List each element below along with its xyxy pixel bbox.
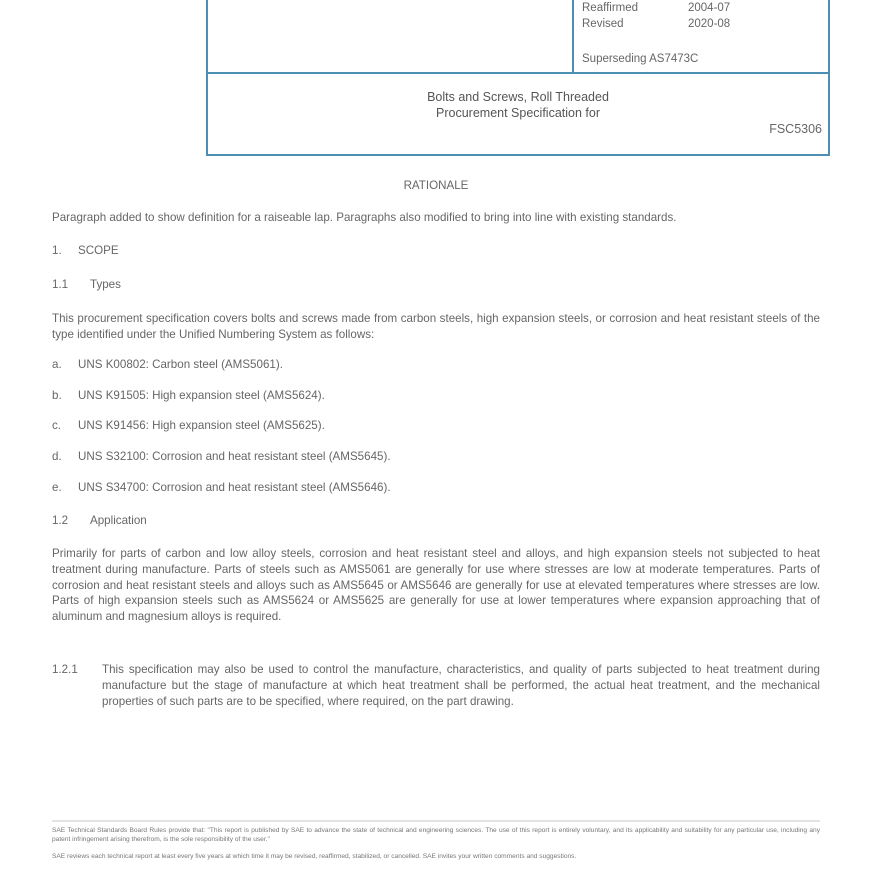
footer-note-1: SAE Technical Standards Board Rules prov… <box>52 827 820 844</box>
fsc-code: FSC5306 <box>769 122 822 136</box>
revision-info: Reaffirmed2004-07 Revised2020-08 Superse… <box>572 0 830 72</box>
rationale-heading: RATIONALE <box>52 178 820 194</box>
document-title: Bolts and Screws, Roll Threaded Procurem… <box>208 74 828 154</box>
section-1-2-heading: 1.2Application <box>52 513 820 529</box>
list-item: d.UNS S32100: Corrosion and heat resista… <box>52 449 820 465</box>
rationale-text: Paragraph added to show definition for a… <box>52 210 820 226</box>
list-item: e.UNS S34700: Corrosion and heat resista… <box>52 480 820 496</box>
superseding-note: Superseding AS7473C <box>582 53 698 65</box>
types-paragraph: This procurement specification covers bo… <box>52 311 820 343</box>
list-item: a.UNS K00802: Carbon steel (AMS5061). <box>52 357 820 373</box>
revised-row: Revised2020-08 <box>582 18 730 30</box>
footer-divider <box>52 820 820 822</box>
section-1-heading: 1.SCOPE <box>52 243 820 259</box>
document-header: Reaffirmed2004-07 Revised2020-08 Superse… <box>206 0 830 156</box>
title-line-2: Procurement Specification for <box>208 105 828 121</box>
title-line-1: Bolts and Screws, Roll Threaded <box>208 89 828 105</box>
section-1-1-heading: 1.1Types <box>52 277 820 293</box>
reaffirmed-row: Reaffirmed2004-07 <box>582 2 730 14</box>
list-item: b.UNS K91505: High expansion steel (AMS5… <box>52 388 820 404</box>
footer-note-2: SAE reviews each technical report at lea… <box>52 853 820 862</box>
list-item: c.UNS K91456: High expansion steel (AMS5… <box>52 418 820 434</box>
header-top: Reaffirmed2004-07 Revised2020-08 Superse… <box>208 0 828 74</box>
application-paragraph: Primarily for parts of carbon and low al… <box>52 546 820 625</box>
section-1-2-1-text: This specification may also be used to c… <box>102 662 820 709</box>
section-1-2-1: 1.2.1 This specification may also be use… <box>52 662 820 709</box>
